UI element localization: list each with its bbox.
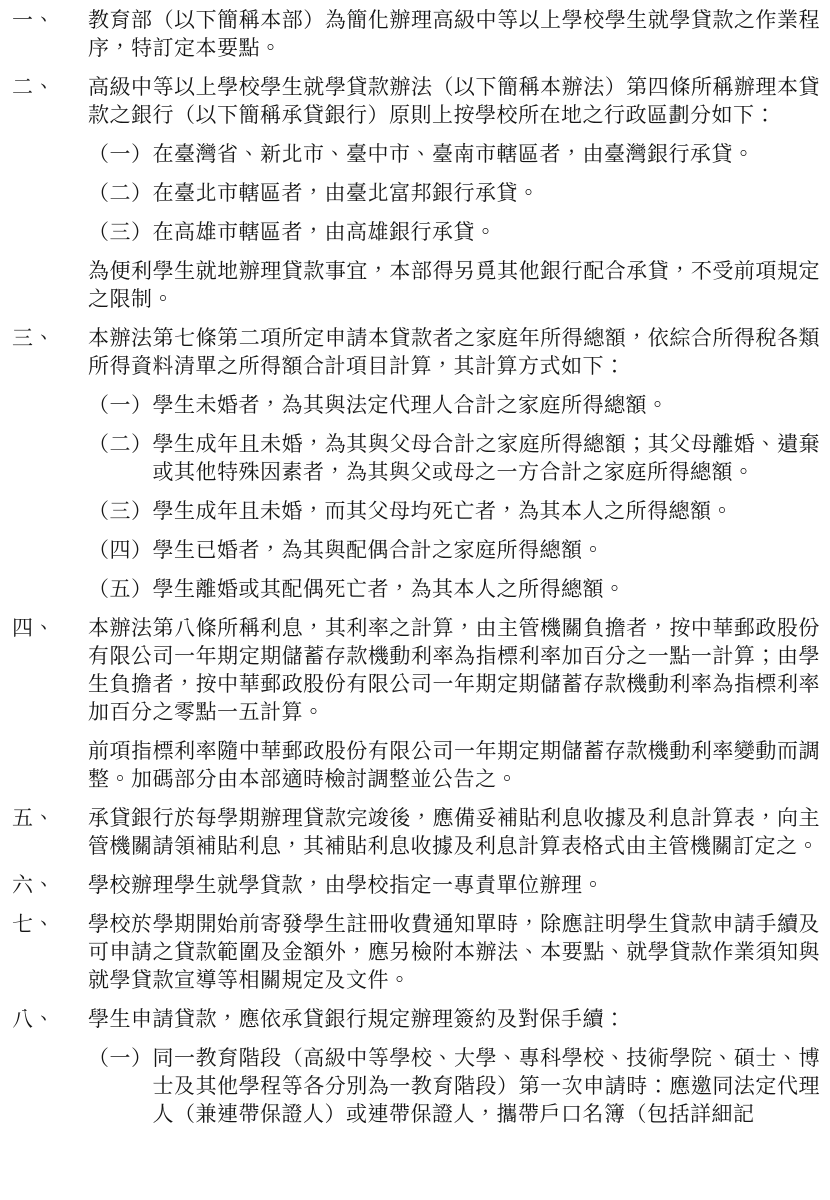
item-text: 學生申請貸款，應依承貸銀行規定辦理簽約及對保手續： (88, 1005, 820, 1033)
continuation-paragraph: 為便利學生就地辦理貸款事宜，本部得另覓其他銀行配合承貸，不受前項規定之限制。 (88, 257, 820, 313)
sub-item-text: 在臺北市轄區者，由臺北富邦銀行承貸。 (153, 179, 821, 207)
sub-item-text: 學生已婚者，為其與配偶合計之家庭所得總額。 (153, 536, 821, 564)
item-number: 三、 (12, 324, 88, 352)
sub-item: （一） 學生未婚者，為其與法定代理人合計之家庭所得總額。 (88, 391, 820, 419)
sub-item-marker: （二） (88, 179, 153, 207)
regulation-item: 五、 承貸銀行於每學期辦理貸款完竣後，應備妥補貼利息收據及利息計算表，向主管機關… (12, 804, 820, 871)
sub-item: （三） 在高雄市轄區者，由高雄銀行承貸。 (88, 218, 820, 246)
item-text: 學校辦理學生就學貸款，由學校指定一專責單位辦理。 (88, 871, 820, 899)
item-text: 教育部（以下簡稱本部）為簡化辦理高級中等以上學校學生就學貸款之作業程序，特訂定本… (88, 6, 820, 62)
item-body: 高級中等以上學校學生就學貸款辦法（以下簡稱本辦法）第四條所稱辦理本貸款之銀行（以… (88, 73, 820, 324)
item-number: 二、 (12, 73, 88, 101)
regulation-item: 三、 本辦法第七條第二項所定申請本貸款者之家庭年所得總額，依綜合所得稅各類所得資… (12, 324, 820, 614)
regulation-item: 六、 學校辦理學生就學貸款，由學校指定一專責單位辦理。 (12, 871, 820, 910)
item-text: 高級中等以上學校學生就學貸款辦法（以下簡稱本辦法）第四條所稱辦理本貸款之銀行（以… (88, 73, 820, 129)
sub-item-marker: （五） (88, 575, 153, 603)
sub-item-text: 學生成年且未婚，為其與父母合計之家庭所得總額；其父母離婚、遺棄或其他特殊因素者，… (153, 430, 821, 486)
sub-item-text: 在高雄市轄區者，由高雄銀行承貸。 (153, 218, 821, 246)
item-body: 學校於學期開始前寄發學生註冊收費通知單時，除應註明學生貸款申請手續及可申請之貸款… (88, 910, 820, 1005)
sub-item: （一） 同一教育階段（高級中等學校、大學、專科學校、技術學院、碩士、博士及其他學… (88, 1044, 820, 1128)
sub-item-text: 學生離婚或其配偶死亡者，為其本人之所得總額。 (153, 575, 821, 603)
item-number: 五、 (12, 804, 88, 832)
sub-item-marker: （一） (88, 140, 153, 168)
sub-item: （二） 在臺北市轄區者，由臺北富邦銀行承貸。 (88, 179, 820, 207)
item-number: 六、 (12, 871, 88, 899)
item-text: 承貸銀行於每學期辦理貸款完竣後，應備妥補貼利息收據及利息計算表，向主管機關請領補… (88, 804, 820, 860)
item-number: 八、 (12, 1005, 88, 1033)
item-body: 承貸銀行於每學期辦理貸款完竣後，應備妥補貼利息收據及利息計算表，向主管機關請領補… (88, 804, 820, 871)
sub-item-marker: （一） (88, 391, 153, 419)
item-body: 本辦法第八條所稱利息，其利率之計算，由主管機關負擔者，按中華郵政股份有限公司一年… (88, 614, 820, 804)
regulation-item: 一、 教育部（以下簡稱本部）為簡化辦理高級中等以上學校學生就學貸款之作業程序，特… (12, 6, 820, 73)
item-body: 本辦法第七條第二項所定申請本貸款者之家庭年所得總額，依綜合所得稅各類所得資料清單… (88, 324, 820, 614)
item-body: 學校辦理學生就學貸款，由學校指定一專責單位辦理。 (88, 871, 820, 910)
item-text: 學校於學期開始前寄發學生註冊收費通知單時，除應註明學生貸款申請手續及可申請之貸款… (88, 910, 820, 994)
regulation-item: 七、 學校於學期開始前寄發學生註冊收費通知單時，除應註明學生貸款申請手續及可申請… (12, 910, 820, 1005)
regulation-item: 二、 高級中等以上學校學生就學貸款辦法（以下簡稱本辦法）第四條所稱辦理本貸款之銀… (12, 73, 820, 324)
item-number: 一、 (12, 6, 88, 34)
regulation-item: 八、 學生申請貸款，應依承貸銀行規定辦理簽約及對保手續： （一） 同一教育階段（… (12, 1005, 820, 1139)
sub-item: （五） 學生離婚或其配偶死亡者，為其本人之所得總額。 (88, 575, 820, 603)
sub-item: （二） 學生成年且未婚，為其與父母合計之家庭所得總額；其父母離婚、遺棄或其他特殊… (88, 430, 820, 486)
document-page: 一、 教育部（以下簡稱本部）為簡化辦理高級中等以上學校學生就學貸款之作業程序，特… (0, 0, 830, 1200)
sub-item-text: 同一教育階段（高級中等學校、大學、專科學校、技術學院、碩士、博士及其他學程等各分… (153, 1044, 821, 1128)
sub-item-text: 學生成年且未婚，而其父母均死亡者，為其本人之所得總額。 (153, 497, 821, 525)
sub-item-marker: （二） (88, 430, 153, 458)
sub-item-text: 在臺灣省、新北市、臺中市、臺南市轄區者，由臺灣銀行承貸。 (153, 140, 821, 168)
item-body: 學生申請貸款，應依承貸銀行規定辦理簽約及對保手續： （一） 同一教育階段（高級中… (88, 1005, 820, 1139)
item-body: 教育部（以下簡稱本部）為簡化辦理高級中等以上學校學生就學貸款之作業程序，特訂定本… (88, 6, 820, 73)
continuation-paragraph: 前項指標利率隨中華郵政股份有限公司一年期定期儲蓄存款機動利率變動而調整。加碼部分… (88, 737, 820, 793)
item-number: 七、 (12, 910, 88, 938)
sub-item: （四） 學生已婚者，為其與配偶合計之家庭所得總額。 (88, 536, 820, 564)
regulation-item: 四、 本辦法第八條所稱利息，其利率之計算，由主管機關負擔者，按中華郵政股份有限公… (12, 614, 820, 804)
sub-item-marker: （一） (88, 1044, 153, 1072)
sub-item-marker: （三） (88, 218, 153, 246)
item-number: 四、 (12, 614, 88, 642)
item-text: 本辦法第八條所稱利息，其利率之計算，由主管機關負擔者，按中華郵政股份有限公司一年… (88, 614, 820, 726)
sub-item-marker: （三） (88, 497, 153, 525)
sub-item-marker: （四） (88, 536, 153, 564)
sub-item-text: 學生未婚者，為其與法定代理人合計之家庭所得總額。 (153, 391, 821, 419)
sub-item: （三） 學生成年且未婚，而其父母均死亡者，為其本人之所得總額。 (88, 497, 820, 525)
sub-item: （一） 在臺灣省、新北市、臺中市、臺南市轄區者，由臺灣銀行承貸。 (88, 140, 820, 168)
item-text: 本辦法第七條第二項所定申請本貸款者之家庭年所得總額，依綜合所得稅各類所得資料清單… (88, 324, 820, 380)
